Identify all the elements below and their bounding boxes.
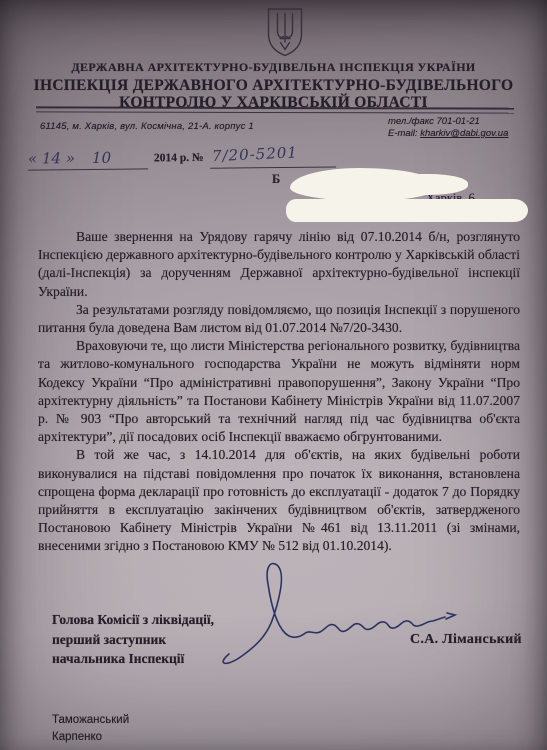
whiteout-blob-top-right bbox=[380, 174, 468, 195]
office-title-line1: ІНСПЕКЦІЯ ДЕРЖАВНОГО АРХІТЕКТУРНО-БУДІВЕ… bbox=[0, 77, 547, 94]
whiteout-blob-bottom bbox=[286, 199, 528, 222]
paragraph-1: Ваше звернення на Урядову гарячу лінію в… bbox=[38, 228, 520, 301]
email-label: E-mail: bbox=[388, 128, 420, 139]
executor-name-2: Карпенко bbox=[52, 729, 129, 746]
handwritten-day: « 14 » bbox=[28, 149, 75, 167]
recipient-redacted-block: Б 60, Харків, 6 bbox=[268, 166, 530, 224]
ukraine-trident-emblem-icon bbox=[264, 7, 306, 57]
letter-body: Ваше звернення на Урядову гарячу лінію в… bbox=[38, 228, 520, 556]
date-underline bbox=[28, 168, 148, 170]
email-address: kharkiv@dabi.gov.ua bbox=[420, 128, 508, 139]
paragraph-3: Враховуючи те, що листи Міністерства рег… bbox=[38, 337, 520, 446]
office-address: 61145, м. Харків, вул. Космічна, 21-А. к… bbox=[40, 121, 254, 132]
letter-photo: ДЕРЖАВНА АРХІТЕКТУРНО-БУДІВЕЛЬНА ІНСПЕКЦ… bbox=[0, 0, 547, 750]
recipient-fragment-initial: Б bbox=[272, 172, 280, 187]
phone-fax: тел./факс 701-01-21 bbox=[388, 116, 528, 128]
contact-block: тел./факс 701-01-21 E-mail: kharkiv@dabi… bbox=[388, 116, 528, 140]
executor-names: Таможанський Карпенко bbox=[52, 712, 129, 745]
printed-year-number-label: 2014 р. № bbox=[154, 152, 204, 165]
executor-name-1: Таможанський bbox=[52, 712, 129, 729]
letterhead-divider bbox=[36, 106, 514, 113]
handwritten-outgoing-number: 7/20-5201 bbox=[212, 143, 299, 165]
handwritten-signature bbox=[215, 552, 465, 672]
paragraph-4: В той же час, з 14.10.2014 для об'єктів,… bbox=[38, 446, 520, 555]
paragraph-2: За результатами розгляду повідомляємо, щ… bbox=[38, 301, 520, 337]
email-line: E-mail: kharkiv@dabi.gov.ua bbox=[388, 128, 528, 140]
signer-name: С.А. Ліманський bbox=[410, 632, 522, 648]
organization-name: ДЕРЖАВНА АРХІТЕКТУРНО-БУДІВЕЛЬНА ІНСПЕКЦ… bbox=[0, 60, 547, 75]
handwritten-month: 10 bbox=[92, 149, 111, 167]
